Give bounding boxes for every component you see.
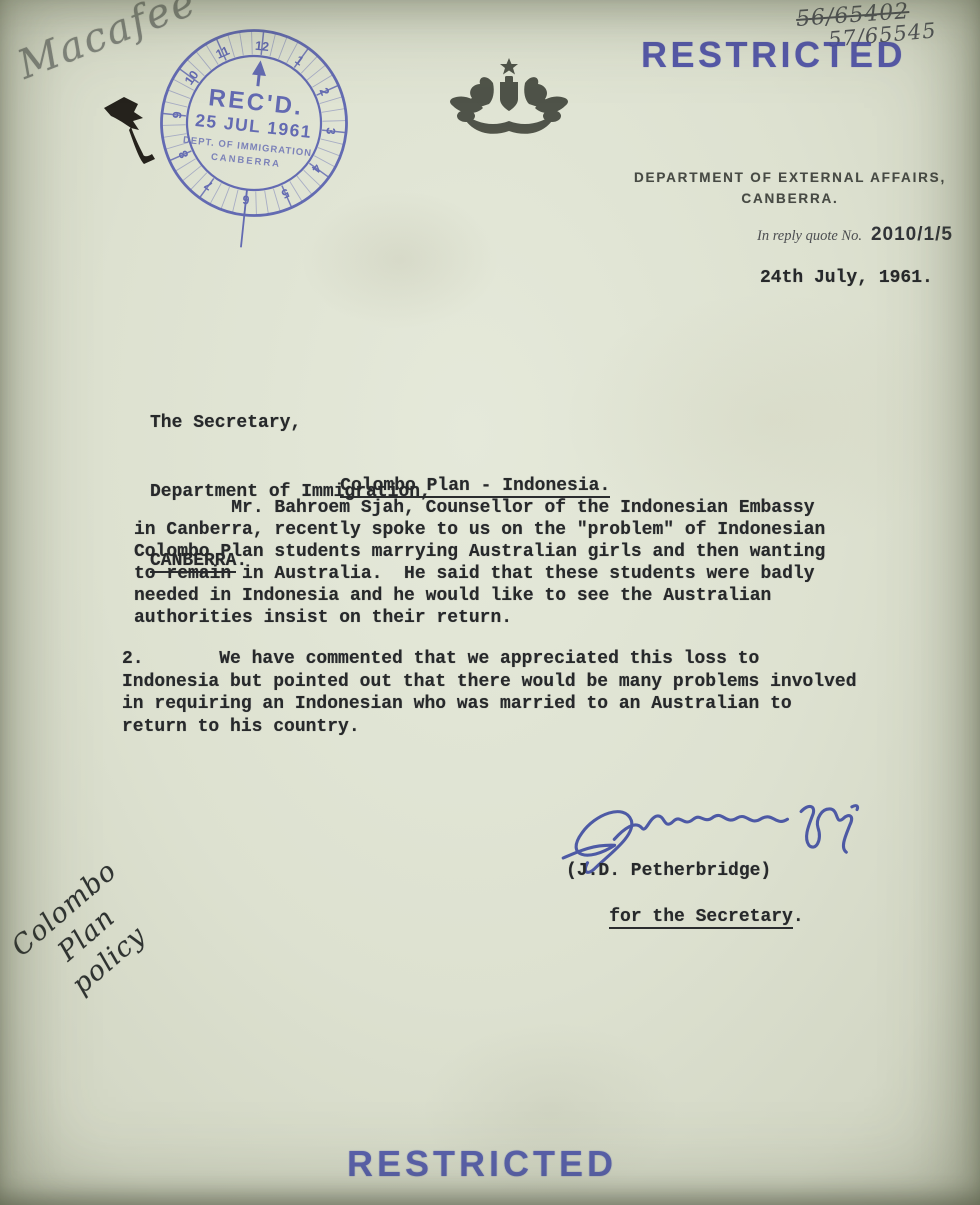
coat-of-arms-shapes [450, 58, 568, 134]
typed-line: Indonesia but pointed out that there wou… [122, 671, 857, 694]
typed-line: 2. We have commented that we appreciated… [122, 648, 857, 671]
restricted-stamp-top: RESTRICTED [641, 37, 906, 73]
subject-text: Colombo Plan - Indonesia. [340, 477, 610, 498]
received-stamp-group: 12 1 2 3 4 5 6 7 8 9 10 11 REC'D. 25 JUL… [149, 21, 356, 257]
dial-number: 3 [323, 127, 338, 135]
signature-typed-name: (J.D. Petherbridge) [566, 860, 771, 882]
letterhead-block: DEPARTMENT OF EXTERNAL AFFAIRS, CANBERRA… [590, 167, 980, 209]
typed-line: return to his country. [122, 716, 857, 739]
typed-line: Mr. Bahroem Sjah, Counsellor of the Indo… [134, 497, 825, 519]
document-page: Macafee 56/65402 57/65545 RESTRICTED 12 [0, 0, 980, 1205]
dial-number: 1 [292, 53, 306, 68]
body-paragraph-1: Mr. Bahroem Sjah, Counsellor of the Indo… [134, 497, 825, 629]
typed-line: authorities insist on their return. [134, 607, 825, 629]
signature-role-underlined: for the Secretary [609, 908, 793, 929]
body-paragraph-2: 2. We have commented that we appreciated… [122, 648, 857, 738]
dial-number: 12 [254, 39, 269, 54]
typed-line: to remain in Australia. He said that the… [134, 563, 825, 585]
ink-blot-shape [104, 97, 155, 164]
letter-date: 24th July, 1961. [760, 267, 933, 289]
dial-number: 9 [170, 111, 185, 119]
dial-number: 8 [176, 148, 192, 160]
dial-number: 4 [309, 161, 324, 175]
typed-line: Colombo Plan students marrying Australia… [134, 541, 825, 563]
signature-role-period: . [793, 907, 804, 927]
typed-line: needed in Indonesia and he would like to… [134, 585, 825, 607]
restricted-stamp-bottom: RESTRICTED [347, 1146, 617, 1182]
reply-reference-line: In reply quote No. 2010/1/5 [757, 224, 953, 246]
filing-note: Colombo Plan policy [0, 834, 192, 1036]
crest-star [500, 58, 518, 75]
reply-number: 2010/1/5 [871, 224, 953, 246]
typed-line: in requiring an Indonesian who was marri… [122, 693, 857, 716]
ink-blot [98, 94, 168, 169]
dial-number: 11 [214, 44, 232, 62]
australian-coat-of-arms-icon [433, 56, 585, 148]
dial-number: 2 [317, 86, 333, 98]
shield [500, 82, 518, 111]
typed-line: in Canberra, recently spoke to us on the… [134, 519, 825, 541]
signature-role: for the Secretary. [566, 884, 804, 951]
reply-label: In reply quote No. [757, 228, 862, 245]
dial-number: 5 [279, 186, 291, 202]
up-arrow-icon [251, 60, 268, 87]
letterhead-department: DEPARTMENT OF EXTERNAL AFFAIRS, [590, 167, 980, 188]
recipient-line: The Secretary, [150, 412, 431, 435]
received-date-stamp: 12 1 2 3 4 5 6 7 8 9 10 11 REC'D. 25 JUL… [144, 18, 364, 260]
letterhead-city: CANBERRA. [590, 188, 980, 209]
base-scroll [461, 112, 557, 134]
